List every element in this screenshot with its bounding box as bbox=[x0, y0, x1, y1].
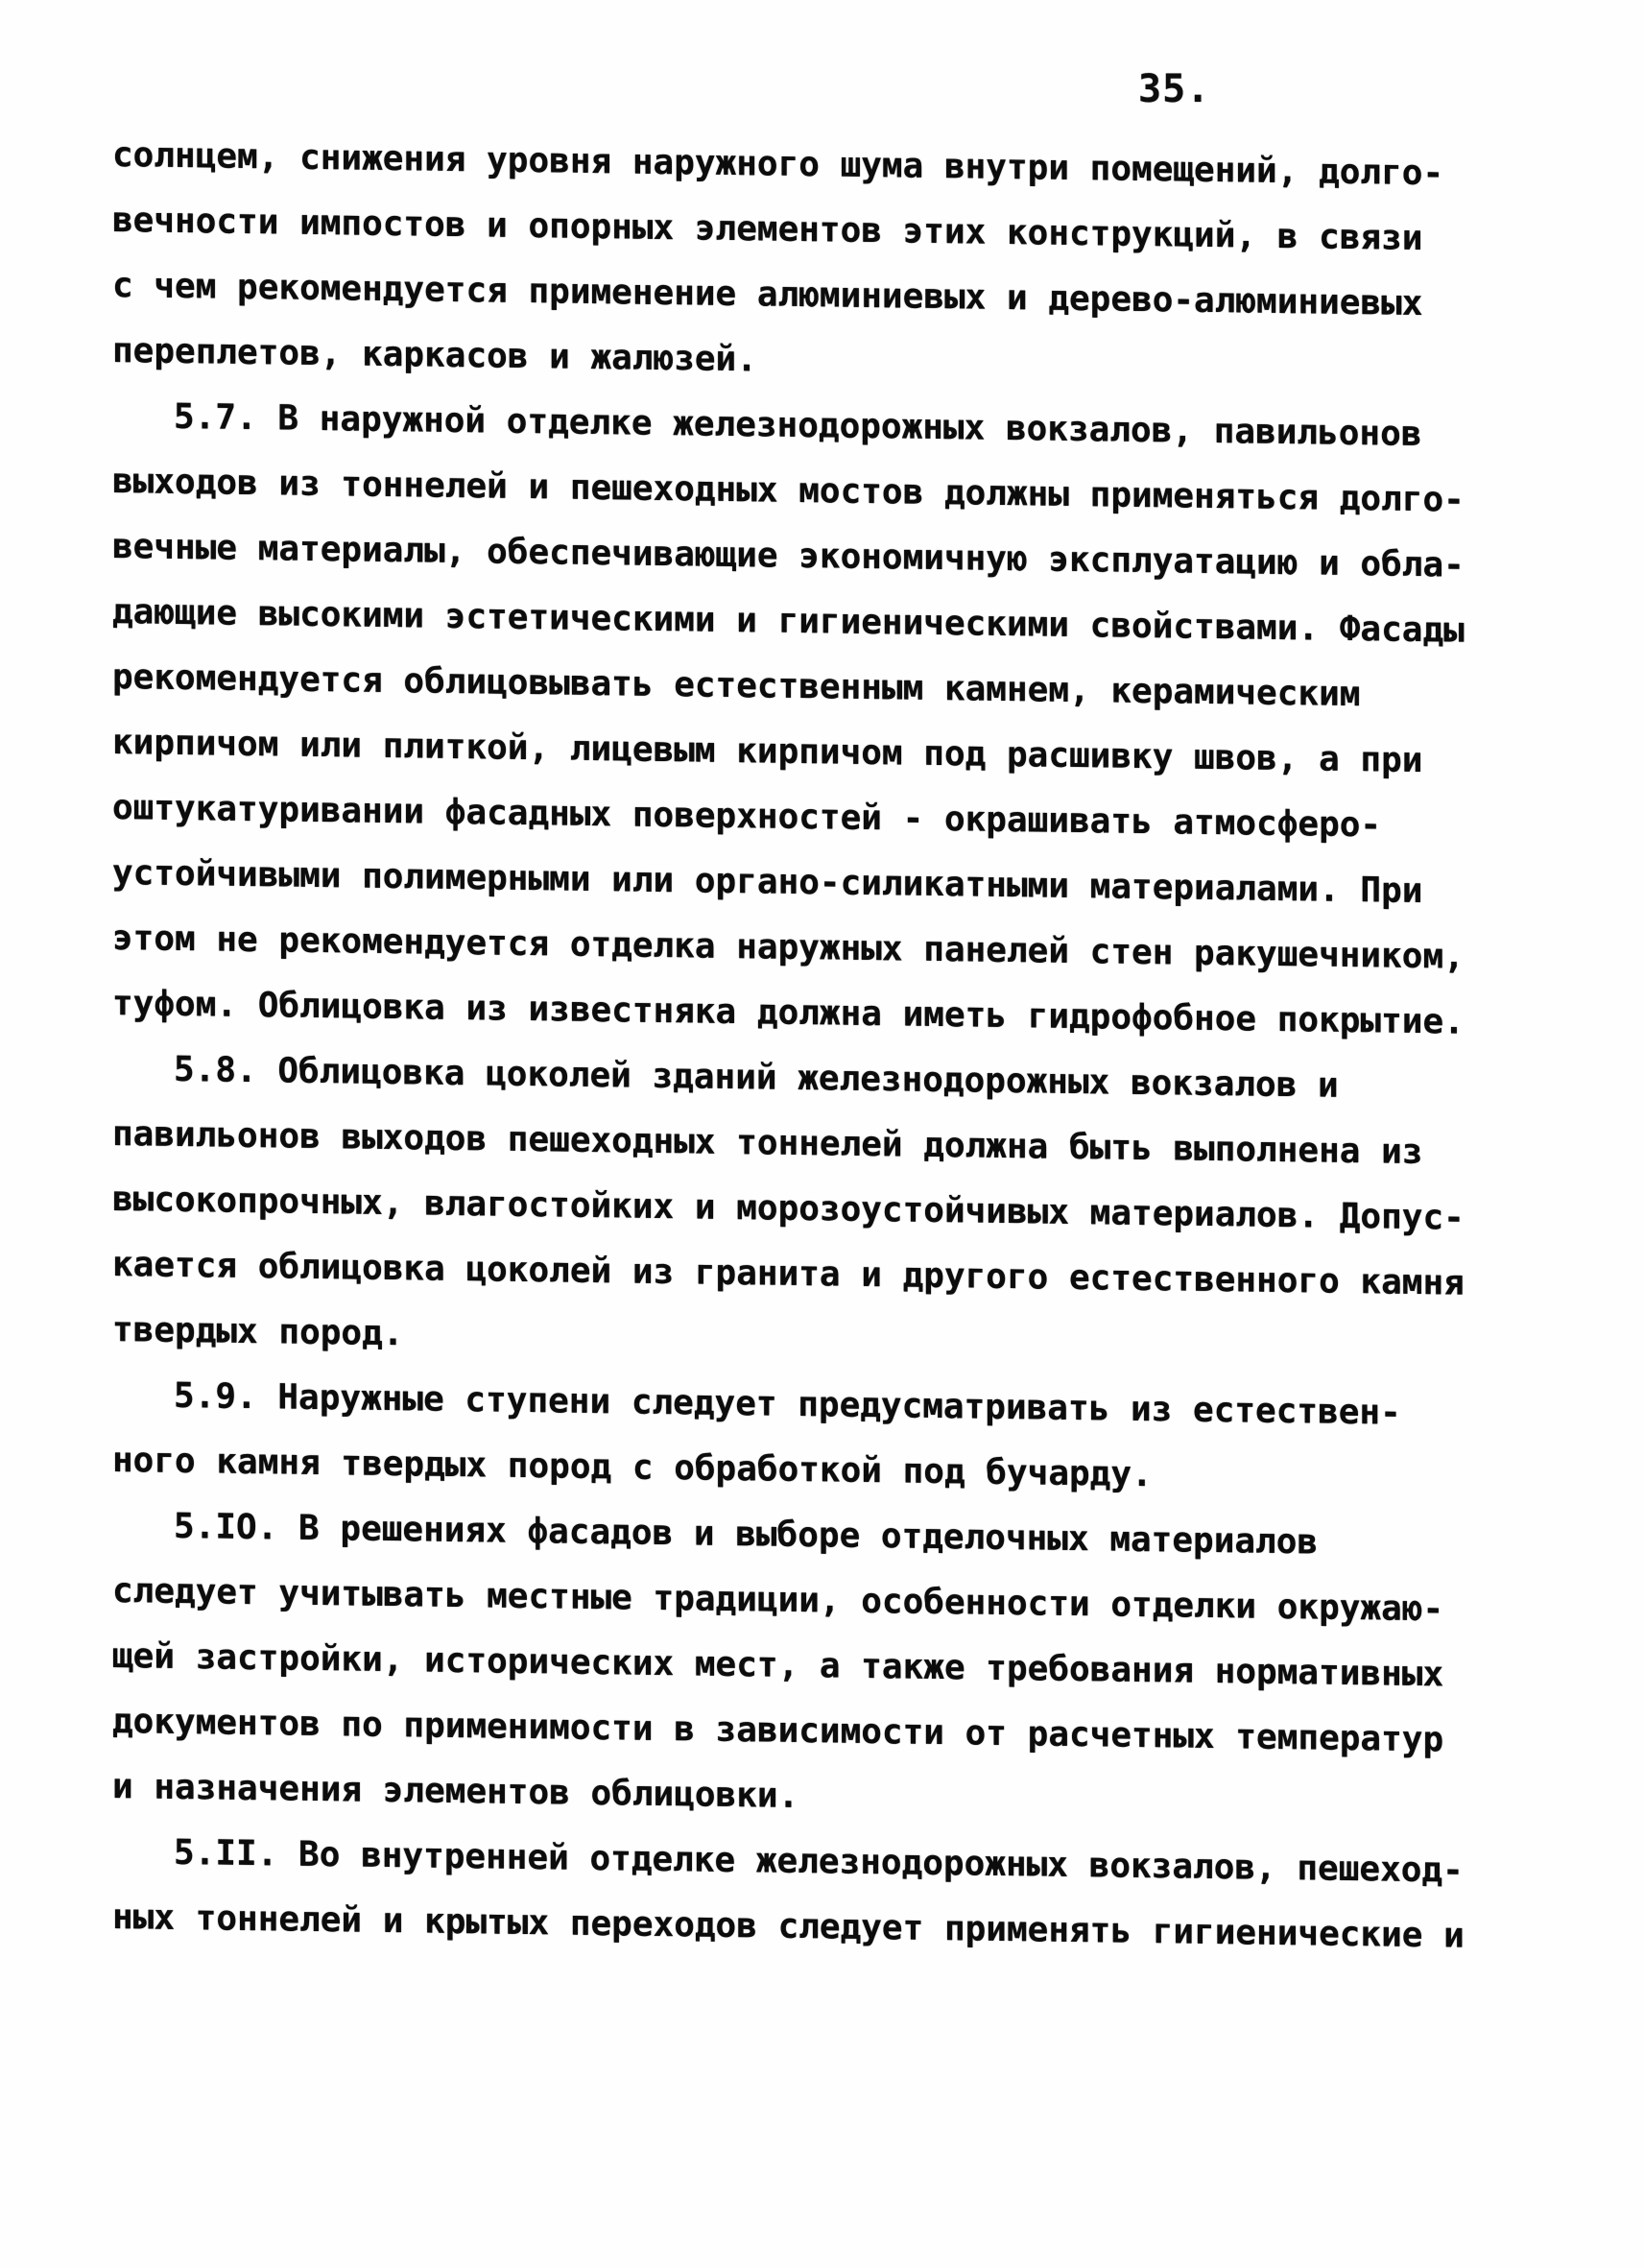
paragraph-5-7: 5.7. В наружной отделке железнодорожных … bbox=[112, 384, 1475, 1056]
paragraph-continuation: солнцем, снижения уровня наружного шума … bbox=[112, 123, 1475, 403]
paragraph-5-8: 5.8. Облицовка цоколей зданий железнодор… bbox=[112, 1037, 1475, 1382]
document-page: 35. солнцем, снижения уровня наружного ш… bbox=[0, 0, 1644, 2268]
paragraph-5-9: 5.9. Наружные ступени следует предусматр… bbox=[112, 1363, 1475, 1513]
paragraph-5-11: 5.II. Во внутренней отделке железнодорож… bbox=[112, 1820, 1475, 1970]
page-number: 35. bbox=[1138, 67, 1210, 111]
text-block: солнцем, снижения уровня наружного шума … bbox=[112, 123, 1475, 1970]
paragraph-5-10: 5.IO. В решениях фасадов и выборе отдело… bbox=[112, 1493, 1475, 1839]
